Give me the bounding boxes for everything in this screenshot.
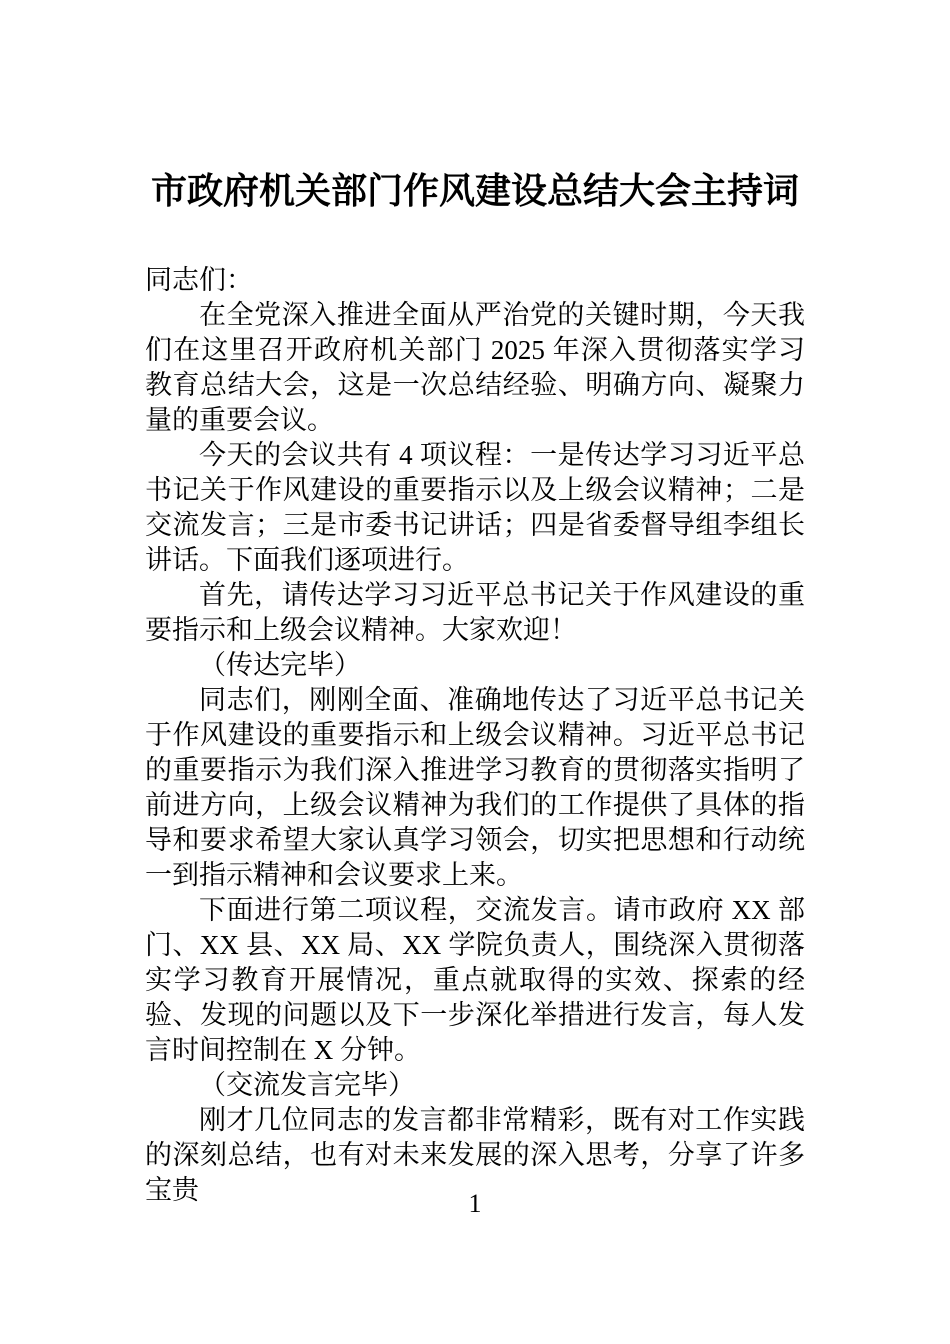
- paragraph-second-item: 下面进行第二项议程，交流发言。请市政府 XX 部门、XX 县、XX 局、XX 学…: [145, 893, 805, 1068]
- paragraph-after-transmission: 同志们，刚刚全面、准确地传达了习近平总书记关于作风建设的重要指示和上级会议精神。…: [145, 683, 805, 893]
- salutation-line: 同志们：: [145, 263, 805, 298]
- paragraph-opening: 在全党深入推进全面从严治党的关键时期，今天我们在这里召开政府机关部门 2025 …: [145, 298, 805, 438]
- paragraph-note-speeches-done: （交流发言完毕）: [145, 1068, 805, 1103]
- paragraph-first-item: 首先，请传达学习习近平总书记关于作风建设的重要指示和上级会议精神。大家欢迎！: [145, 578, 805, 648]
- paragraph-agenda: 今天的会议共有 4 项议程：一是传达学习习近平总书记关于作风建设的重要指示以及上…: [145, 438, 805, 578]
- document-page: 市政府机关部门作风建设总结大会主持词 同志们： 在全党深入推进全面从严治党的关键…: [0, 0, 950, 1344]
- document-title: 市政府机关部门作风建设总结大会主持词: [145, 0, 805, 216]
- document-body: 同志们： 在全党深入推进全面从严治党的关键时期，今天我们在这里召开政府机关部门 …: [145, 263, 805, 1208]
- page-number: 1: [145, 1188, 805, 1220]
- paragraph-note-transmission-done: （传达完毕）: [145, 648, 805, 683]
